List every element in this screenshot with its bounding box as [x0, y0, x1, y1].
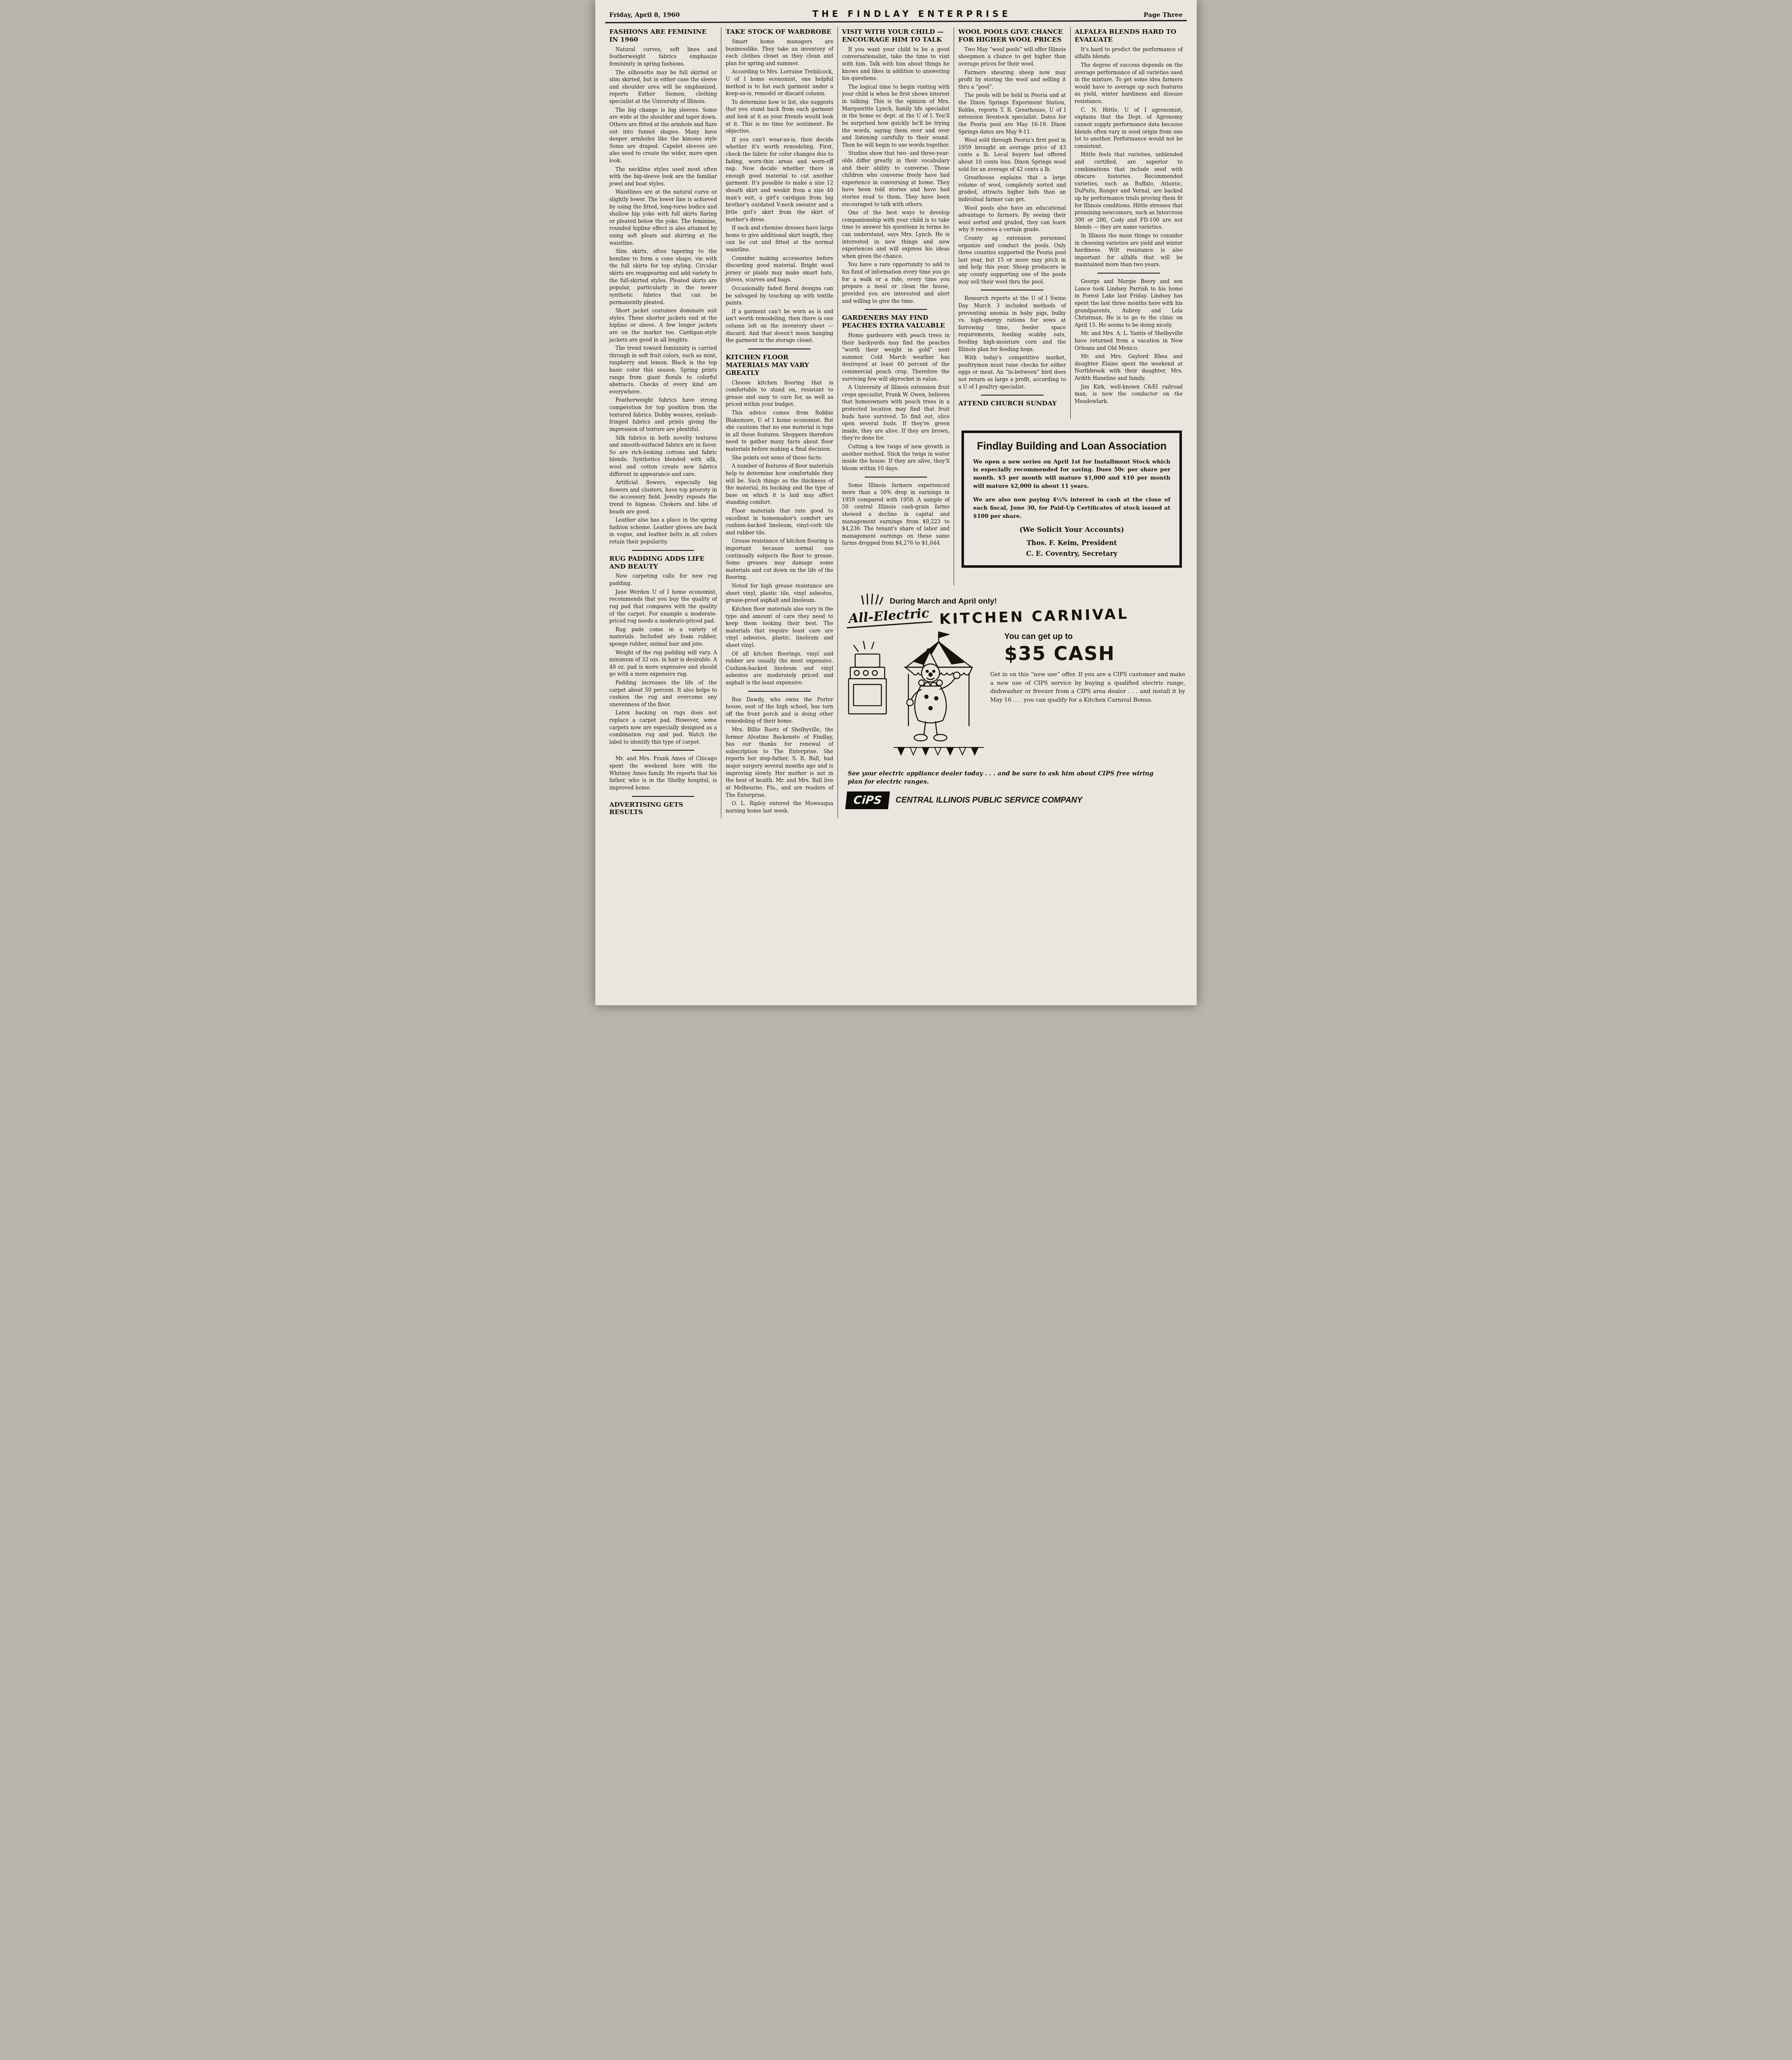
cips-company-name: CENTRAL ILLINOIS PUBLIC SERVICE COMPANY — [896, 796, 1082, 805]
article-paragraph: Research reports at the U of I Swine Day… — [958, 295, 1066, 353]
article-paragraph: Jane Werden U of I home economist, recom… — [609, 588, 717, 625]
article-paragraph: Greathouse explains that a large volume … — [958, 174, 1066, 203]
article-paragraph: If you can't wear-as-is, then decide whe… — [725, 136, 833, 223]
article-body: Mr. and Mrs. Gaylord Rhea and daughter E… — [1075, 353, 1183, 382]
article-heading: FASHIONS ARE FEMININE IN 1960 — [609, 28, 717, 44]
article-paragraph: Short jacket costumes dominate suit styl… — [609, 307, 717, 343]
article-paragraph: Leather also has a place in the spring f… — [609, 516, 717, 545]
article-paragraph: She points out some of these facts: — [725, 454, 833, 461]
cips-ad-main: You can get up to $35 CASH Get in on thi… — [845, 628, 1185, 763]
masthead-rule — [605, 20, 1187, 23]
article-paragraph: Mr. and Mrs. Gaylord Rhea and daughter E… — [1075, 353, 1183, 382]
article-paragraph: Silk fabrics in both novelty textures an… — [609, 434, 717, 478]
article-heading: WOOL POOLS GIVE CHANCE FOR HIGHER WOOL P… — [958, 28, 1066, 44]
article-paragraph: Hittle feels that varieties, unblended a… — [1075, 151, 1183, 231]
article-paragraph: The neckline styles used most often with… — [609, 166, 717, 187]
article-heading: RUG PADDING ADDS LIFE AND BEAUTY — [609, 555, 717, 571]
article-block: Mrs. Billie Raetz of Shelbyville, the fo… — [725, 726, 833, 798]
article-body: Home gardeners with peach trees in their… — [842, 332, 950, 472]
cips-ad-promo-line: During March and April only! — [890, 597, 997, 606]
article-paragraph: County ag extension personnel organize a… — [958, 234, 1066, 285]
cips-ad-cash-amount: $35 CASH — [1004, 642, 1185, 665]
article-body: O. L. Ripley entered the Moweaqua nursin… — [725, 800, 833, 814]
article-paragraph: The pools will be held in Peoria and at … — [958, 91, 1066, 135]
cips-ad-footer-line: See your electric appliance dealer today… — [848, 770, 1161, 787]
section-divider — [1097, 273, 1160, 274]
article-block: Jim Kirk, well-known C&EI railroad man, … — [1075, 383, 1183, 405]
section-divider — [632, 750, 695, 751]
cips-ad-headline: All-Electric KITCHEN CARNIVAL — [846, 609, 1185, 625]
article-paragraph: If sack and chemise dresses have large h… — [725, 224, 833, 253]
article-block: VISIT WITH YOUR CHILD — ENCOURAGE HIM TO… — [842, 28, 950, 304]
article-block: FASHIONS ARE FEMININE IN 1960 Natural cu… — [609, 28, 717, 545]
cips-ad-lead-line: You can get up to — [1004, 632, 1185, 641]
article-paragraph: Jim Kirk, well-known C&EI railroad man, … — [1075, 383, 1183, 405]
article-paragraph: Two May “wool pools” will offer Illinois… — [958, 46, 1066, 68]
article-block: O. L. Ripley entered the Moweaqua nursin… — [725, 800, 833, 814]
article-paragraph: If you want your child to be a good conv… — [842, 46, 950, 82]
article-paragraph: Featherweight fabrics have strong compet… — [609, 396, 717, 433]
article-paragraph: You have a rare opportunity to add to hi… — [842, 261, 950, 304]
column-1: FASHIONS ARE FEMININE IN 1960 Natural cu… — [605, 27, 721, 818]
article-paragraph: Weight of the rug padding will vary. A m… — [609, 649, 717, 678]
article-block: Some Illinois farmers experienced more t… — [842, 477, 950, 547]
article-body: Choose kitchen flooring that is comforta… — [725, 379, 833, 686]
article-heading: ATTEND CHURCH SUNDAY — [958, 400, 1066, 407]
cips-ad-top-row: During March and April only! — [861, 592, 1185, 606]
article-paragraph: Padding increases the life of the carpet… — [609, 679, 717, 708]
article-body: Mrs. Billie Raetz of Shelbyville, the fo… — [725, 726, 833, 798]
article-block: GARDENERS MAY FIND PEACHES EXTRA VALUABL… — [842, 309, 950, 472]
article-block: TAKE STOCK OF WARDROBE Smart home manage… — [725, 28, 833, 344]
newspaper-page: Friday, April 8, 1960 THE FINDLAY ENTERP… — [595, 0, 1197, 1005]
article-block: ALFALFA BLENDS HARD TO EVALUATE It's har… — [1075, 28, 1183, 268]
article-block: Mr. and Mrs. Frank Ames of Chicago spent… — [609, 750, 717, 791]
article-paragraph: The big change is big sleeves. Some are … — [609, 106, 717, 164]
article-block: ATTEND CHURCH SUNDAY — [958, 395, 1066, 407]
article-paragraph: Some Illinois farmers experienced more t… — [842, 482, 950, 547]
article-body: Smart home managers are businesslike. Th… — [725, 38, 833, 344]
section-divider — [748, 349, 811, 349]
section-divider — [981, 290, 1043, 290]
article-body: Natural curves, soft lines and featherwe… — [609, 46, 717, 545]
article-paragraph: C. N. Hittle, U of I agronomist, explain… — [1075, 106, 1183, 150]
findlay-ad-title: Findlay Building and Loan Association — [973, 440, 1170, 452]
column-4: WOOL POOLS GIVE CHANCE FOR HIGHER WOOL P… — [954, 27, 1070, 419]
article-block: RUG PADDING ADDS LIFE AND BEAUTY New car… — [609, 550, 717, 746]
masthead-title: THE FINDLAY ENTERPRISE — [812, 9, 1011, 19]
article-paragraph: Home gardeners with peach trees in their… — [842, 332, 950, 382]
cips-ad-title: KITCHEN CARNIVAL — [939, 606, 1129, 628]
article-paragraph: George and Margie Beery and son Lance to… — [1075, 278, 1183, 328]
article-paragraph: Occasionally faded floral designs can be… — [725, 285, 833, 307]
article-paragraph: This advice comes from Robbie Blakemore,… — [725, 409, 833, 453]
article-paragraph: Mrs. Billie Raetz of Shelbyville, the fo… — [725, 726, 833, 798]
findlay-ad-paragraph: We open a new series on April 1st for In… — [973, 458, 1170, 491]
findlay-ad-area: Findlay Building and Loan Association We… — [954, 419, 1187, 585]
article-block: KITCHEN FLOOR MATERIALS MAY VARY GREATLY… — [725, 349, 833, 686]
article-block: WOOL POOLS GIVE CHANCE FOR HIGHER WOOL P… — [958, 28, 1066, 285]
article-paragraph: New carpeting calls for new rug padding. — [609, 572, 717, 587]
cips-logo-row: CiPS CENTRAL ILLINOIS PUBLIC SERVICE COM… — [846, 791, 1185, 809]
column-grid: FASHIONS ARE FEMININE IN 1960 Natural cu… — [605, 27, 1187, 818]
masthead: Friday, April 8, 1960 THE FINDLAY ENTERP… — [605, 6, 1187, 20]
article-paragraph: Rug pads come in a variety of materials.… — [609, 626, 717, 648]
article-body: Some Illinois farmers experienced more t… — [842, 482, 950, 547]
cips-ad: During March and April only! All-Electri… — [838, 585, 1187, 818]
article-block: Mr. and Mrs. A. L. Yantis of Shelbyville… — [1075, 330, 1183, 351]
findlay-ad-solicit-line: (We Solicit Your Accounts) — [973, 526, 1170, 534]
article-paragraph: Studies show that two- and three-year-ol… — [842, 150, 950, 208]
sparkle-icon — [861, 592, 883, 606]
findlay-ad: Findlay Building and Loan Association We… — [962, 431, 1182, 568]
article-block: Research reports at the U of I Swine Day… — [958, 290, 1066, 390]
article-paragraph: Wool pools also have an educational adva… — [958, 204, 1066, 233]
column-2: TAKE STOCK OF WARDROBE Smart home manage… — [721, 27, 838, 818]
masthead-page-number: Page Three — [1144, 11, 1183, 19]
article-paragraph: Floor materials that rate good to excell… — [725, 507, 833, 536]
article-paragraph: Wool sold through Peoria's first pool in… — [958, 136, 1066, 173]
section-divider — [865, 309, 927, 310]
article-paragraph: The trend toward femininity is carried t… — [609, 344, 717, 395]
findlay-ad-secretary: C. E. Coventry, Secretary — [973, 550, 1170, 557]
article-body: Jim Kirk, well-known C&EI railroad man, … — [1075, 383, 1183, 405]
pennant-banner-icon — [894, 747, 984, 755]
findlay-ad-president: Thos. F. Keim, President — [973, 539, 1170, 547]
article-paragraph: According to Mrs. Lorraine Trebilcock, U… — [725, 68, 833, 97]
article-body: If you want your child to be a good conv… — [842, 46, 950, 304]
masthead-date: Friday, April 8, 1960 — [609, 11, 680, 19]
article-paragraph: The degree of success depends on the ave… — [1075, 61, 1183, 105]
article-body: Bus Dawdy, who owns the Porter house, ea… — [725, 696, 833, 725]
cips-ad-right-column: You can get up to $35 CASH Get in on thi… — [990, 628, 1185, 763]
findlay-ad-paragraph: We are also now paying 4½% interest in c… — [973, 496, 1170, 520]
article-body: Research reports at the U of I Swine Day… — [958, 295, 1066, 390]
article-paragraph: Bus Dawdy, who owns the Porter house, ea… — [725, 696, 833, 725]
article-paragraph: Choose kitchen flooring that is comforta… — [725, 379, 833, 408]
article-paragraph: Artificial flowers, especially big flowe… — [609, 479, 717, 515]
article-paragraph: Mr. and Mrs. A. L. Yantis of Shelbyville… — [1075, 330, 1183, 351]
article-paragraph: O. L. Ripley entered the Moweaqua nursin… — [725, 800, 833, 814]
article-body: Two May “wool pools” will offer Illinois… — [958, 46, 1066, 286]
article-paragraph: The logical time to begin visiting with … — [842, 83, 950, 148]
article-heading: KITCHEN FLOOR MATERIALS MAY VARY GREATLY — [725, 353, 833, 377]
article-paragraph: A number of features of floor materials … — [725, 462, 833, 506]
article-paragraph: Grease resistance of kitchen flooring is… — [725, 537, 833, 581]
article-heading: ADVERTISING GETS RESULTS — [609, 801, 717, 817]
article-paragraph: To determine how to list, she suggests t… — [725, 98, 833, 135]
article-block: Mr. and Mrs. Gaylord Rhea and daughter E… — [1075, 353, 1183, 382]
column-5: ALFALFA BLENDS HARD TO EVALUATE It's har… — [1071, 27, 1187, 419]
article-heading: ALFALFA BLENDS HARD TO EVALUATE — [1075, 28, 1183, 44]
article-paragraph: If a garment can't be worn as is and isn… — [725, 308, 833, 344]
cips-ad-script-words: All-Electric — [846, 606, 932, 628]
article-heading: TAKE STOCK OF WARDROBE — [725, 28, 833, 36]
article-body: George and Margie Beery and son Lance to… — [1075, 278, 1183, 328]
article-paragraph: Of all kitchen floorings, vinyl and rubb… — [725, 650, 833, 686]
article-heading: GARDENERS MAY FIND PEACHES EXTRA VALUABL… — [842, 314, 950, 330]
range-icon — [849, 641, 886, 714]
article-paragraph: A University of Illinois extension fruit… — [842, 384, 950, 442]
article-paragraph: One of the best ways to develop companio… — [842, 209, 950, 260]
carnival-illustration — [845, 628, 984, 763]
section-divider — [865, 477, 927, 478]
article-body: New carpeting calls for new rug padding.… — [609, 572, 717, 745]
article-paragraph: Waistlines are at the natural curve or s… — [609, 188, 717, 246]
article-paragraph: In Illinois the main things to consider … — [1075, 232, 1183, 268]
article-paragraph: Noted for high grease resistance are she… — [725, 582, 833, 604]
article-paragraph: Consider making accessories before disca… — [725, 255, 833, 283]
article-paragraph: Latex backing on rugs does not replace a… — [609, 709, 717, 745]
article-paragraph: The silhouette may be full skirted or sl… — [609, 69, 717, 105]
article-block: ADVERTISING GETS RESULTS — [609, 796, 717, 817]
article-paragraph: Farmers shearing sheep now may profit by… — [958, 69, 1066, 91]
article-paragraph: Natural curves, soft lines and featherwe… — [609, 46, 717, 68]
article-body: Mr. and Mrs. Frank Ames of Chicago spent… — [609, 755, 717, 791]
cips-ad-body-text: Get in on this “new use” offer. If you a… — [990, 670, 1185, 705]
article-paragraph: Slim skirts, often tapering to the hemli… — [609, 248, 717, 306]
section-divider — [632, 796, 695, 797]
section-divider — [748, 691, 811, 692]
article-body: It's hard to predict the performance of … — [1075, 46, 1183, 268]
section-divider — [981, 395, 1043, 396]
section-divider — [632, 550, 695, 551]
article-paragraph: Cutting a few twigs of new growth is ano… — [842, 443, 950, 472]
article-paragraph: Smart home managers are businesslike. Th… — [725, 38, 833, 67]
article-paragraph: Mr. and Mrs. Frank Ames of Chicago spent… — [609, 755, 717, 791]
article-paragraph: With today's competitive market, poultry… — [958, 354, 1066, 390]
article-paragraph: It's hard to predict the performance of … — [1075, 46, 1183, 60]
article-block: Bus Dawdy, who owns the Porter house, ea… — [725, 691, 833, 725]
article-paragraph: Kitchen floor materials also vary in the… — [725, 605, 833, 649]
article-body: Mr. and Mrs. A. L. Yantis of Shelbyville… — [1075, 330, 1183, 351]
cips-logo: CiPS — [845, 791, 890, 809]
article-heading: VISIT WITH YOUR CHILD — ENCOURAGE HIM TO… — [842, 28, 950, 44]
column-3: VISIT WITH YOUR CHILD — ENCOURAGE HIM TO… — [838, 27, 954, 585]
article-block: George and Margie Beery and son Lance to… — [1075, 273, 1183, 328]
